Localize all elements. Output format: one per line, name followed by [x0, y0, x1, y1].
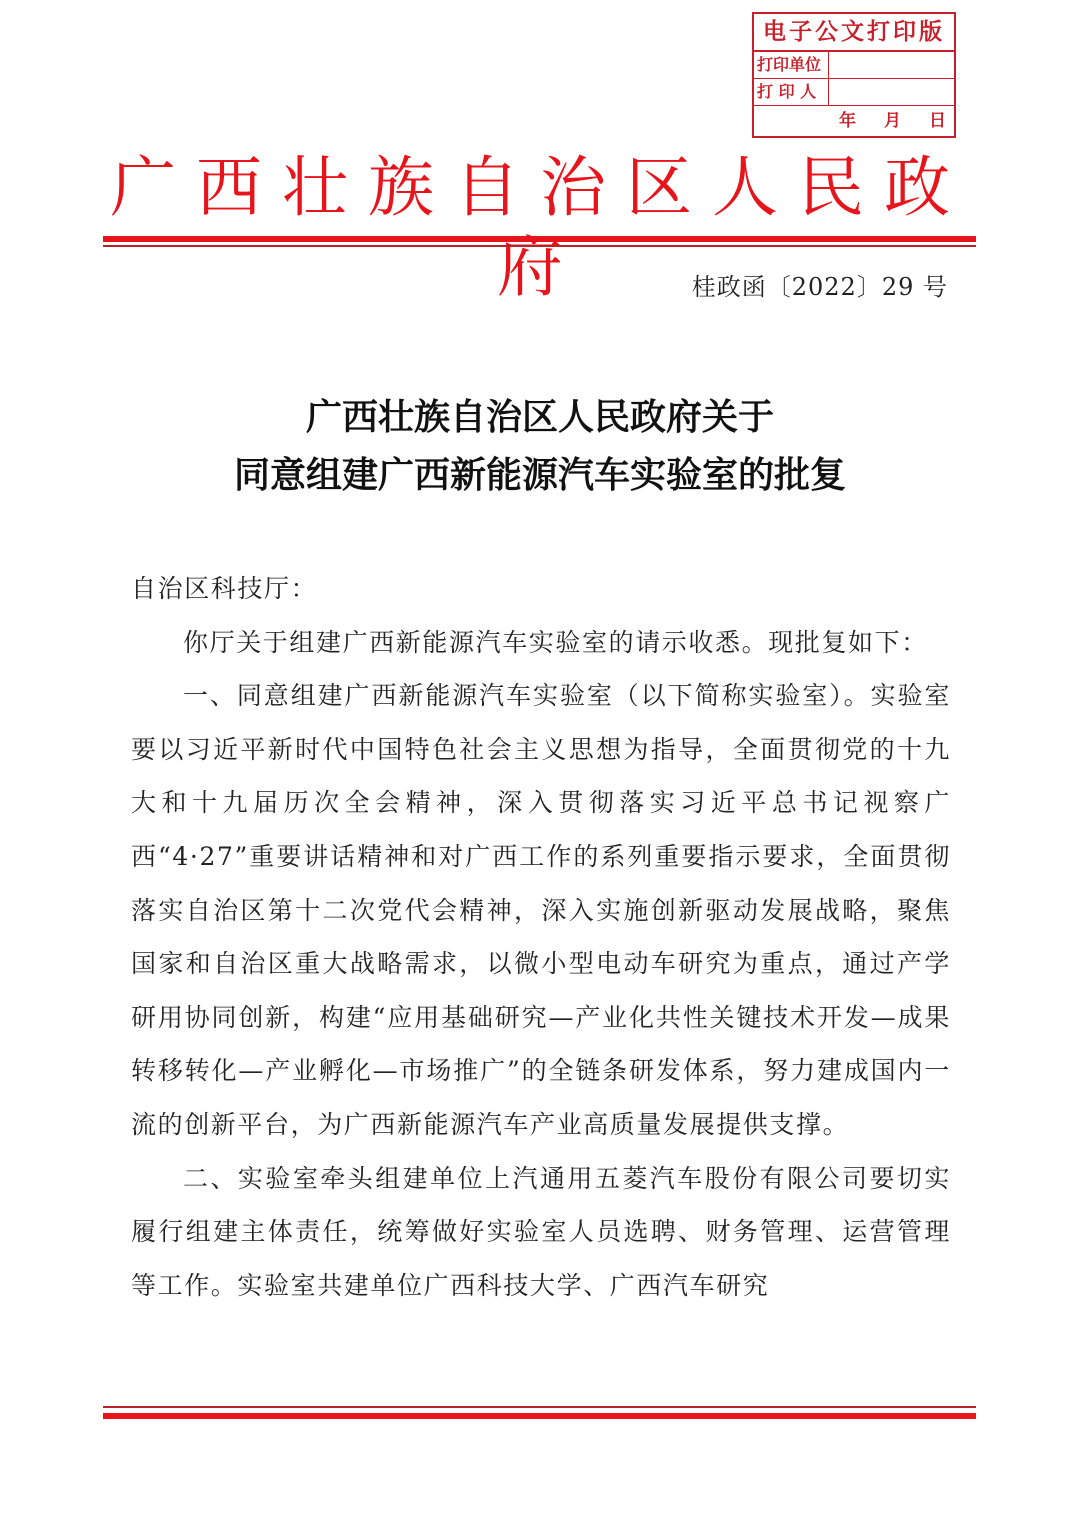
- stamp-year: 年: [839, 106, 856, 136]
- footer-rule-thick: [103, 1413, 976, 1419]
- print-stamp: 电子公文打印版 打印单位 打 印 人 年 月 日: [752, 12, 956, 138]
- document-number: 桂政函〔2022〕29 号: [692, 267, 948, 302]
- body-paragraph-2: 一、同意组建广西新能源汽车实验室（以下简称实验室）。实验室要以习近平新时代中国特…: [131, 669, 951, 1151]
- stamp-value-printer: [829, 79, 954, 105]
- stamp-title: 电子公文打印版: [754, 14, 954, 52]
- stamp-value-print-unit: [829, 52, 954, 78]
- salutation: 自治区科技厅：: [131, 562, 951, 616]
- stamp-label-printer: 打 印 人: [754, 79, 829, 105]
- document-title: 广西壮族自治区人民政府关于 同意组建广西新能源汽车实验室的批复: [100, 388, 980, 504]
- stamp-day: 日: [929, 106, 946, 136]
- header-rule-thick: [103, 236, 976, 242]
- stamp-label-print-unit: 打印单位: [754, 52, 829, 78]
- stamp-month: 月: [884, 106, 901, 136]
- document-body: 自治区科技厅： 你厅关于组建广西新能源汽车实验室的请示收悉。现批复如下： 一、同…: [131, 562, 951, 1312]
- stamp-row-print-unit: 打印单位: [754, 52, 954, 79]
- header-rule-thin: [103, 245, 976, 247]
- stamp-row-printer: 打 印 人: [754, 79, 954, 106]
- footer-rule-thin: [103, 1406, 976, 1408]
- stamp-date: 年 月 日: [754, 106, 954, 136]
- document-title-line-1: 广西壮族自治区人民政府关于: [100, 388, 980, 446]
- document-title-line-2: 同意组建广西新能源汽车实验室的批复: [100, 446, 980, 504]
- body-paragraph-3: 二、实验室牵头组建单位上汽通用五菱汽车股份有限公司要切实履行组建主体责任，统筹做…: [131, 1152, 951, 1313]
- body-paragraph-1: 你厅关于组建广西新能源汽车实验室的请示收悉。现批复如下：: [131, 616, 951, 670]
